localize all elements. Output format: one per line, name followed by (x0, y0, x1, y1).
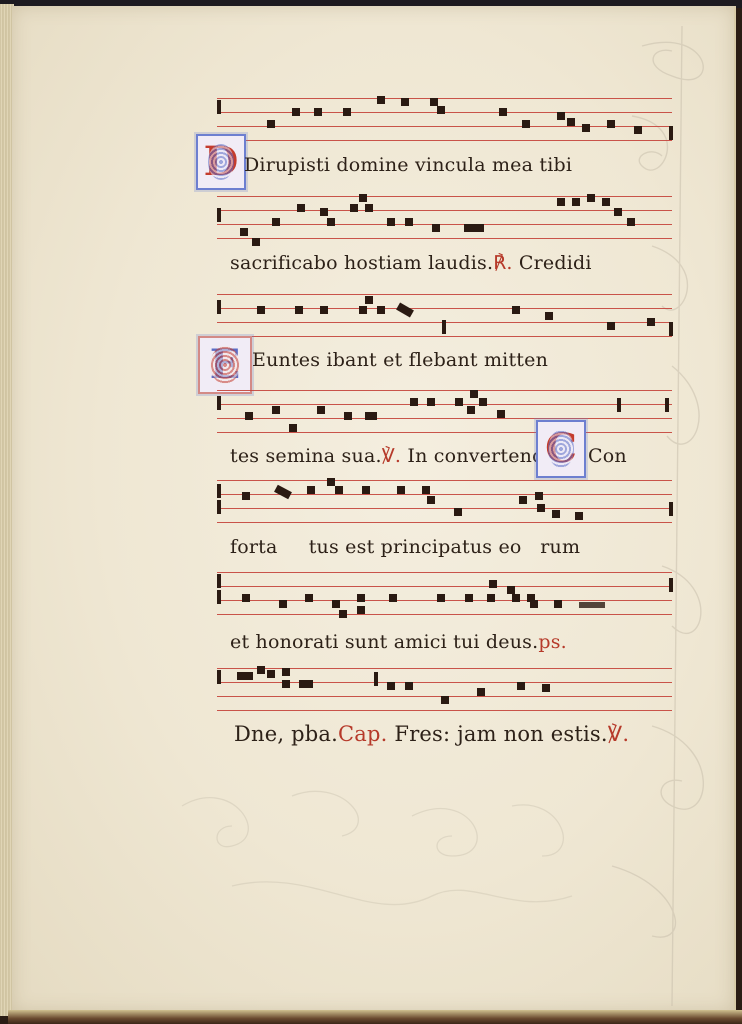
lyric-line-3: Euntes ibant et flebant mitten (252, 349, 548, 371)
lyric-text: Euntes ibant et flebant mitten (252, 349, 548, 371)
lyric-line-4-tail: Con (588, 445, 627, 467)
illuminated-initial-e: E (198, 336, 252, 394)
illuminated-initial-d: D (196, 134, 246, 190)
lyric-line-1: Dirupisti domine vincula mea tibi (244, 154, 572, 176)
lyric-text: et honorati sunt amici tui deus. (230, 631, 538, 653)
rubric-responsory: ℟. (493, 252, 512, 274)
lyric-text: tes semina sua. (230, 445, 382, 467)
book-bottom-edge (8, 1010, 742, 1024)
staff-4 (217, 388, 672, 430)
lyric-text: Dne, pba. (234, 722, 338, 746)
lyric-text: forta tus est principatus eo rum (230, 536, 580, 558)
staff-5 (217, 478, 672, 520)
lyric-line-2: sacrificabo hostiam laudis.℟. Credidi (230, 252, 592, 274)
staff-1 (217, 96, 672, 138)
lyric-line-6: et honorati sunt amici tui deus.ps. (230, 631, 567, 653)
staff-2 (217, 194, 672, 236)
lyric-text: Con (588, 445, 627, 467)
lyric-line-4: tes semina sua.℣. In convertendo. (230, 445, 562, 467)
manuscript-page: D Dirupisti domine vincula mea tibi sacr… (12, 6, 736, 1015)
staff-3 (217, 292, 672, 334)
staff-6 (217, 570, 672, 612)
illuminated-initial-c: C (536, 420, 586, 478)
rubric-chapter: Cap. (338, 722, 388, 746)
show-through-flourish-bottom (172, 766, 592, 946)
lyric-line-5: forta tus est principatus eo rum (230, 536, 580, 558)
rubric-psalm: ps. (538, 631, 567, 653)
staff-7 (217, 666, 672, 708)
lyric-line-7: Dne, pba.Cap. Fres: jam non estis.℣. (234, 722, 629, 746)
lyric-text: sacrificabo hostiam laudis. (230, 252, 493, 274)
rubric-verse: ℣. (382, 445, 401, 467)
rubric-verse: ℣. (608, 722, 629, 746)
lyric-text-cue: Credidi (513, 252, 592, 274)
lyric-text-chapter: Fres: jam non estis. (388, 722, 608, 746)
lyric-text: Dirupisti domine vincula mea tibi (244, 154, 572, 176)
